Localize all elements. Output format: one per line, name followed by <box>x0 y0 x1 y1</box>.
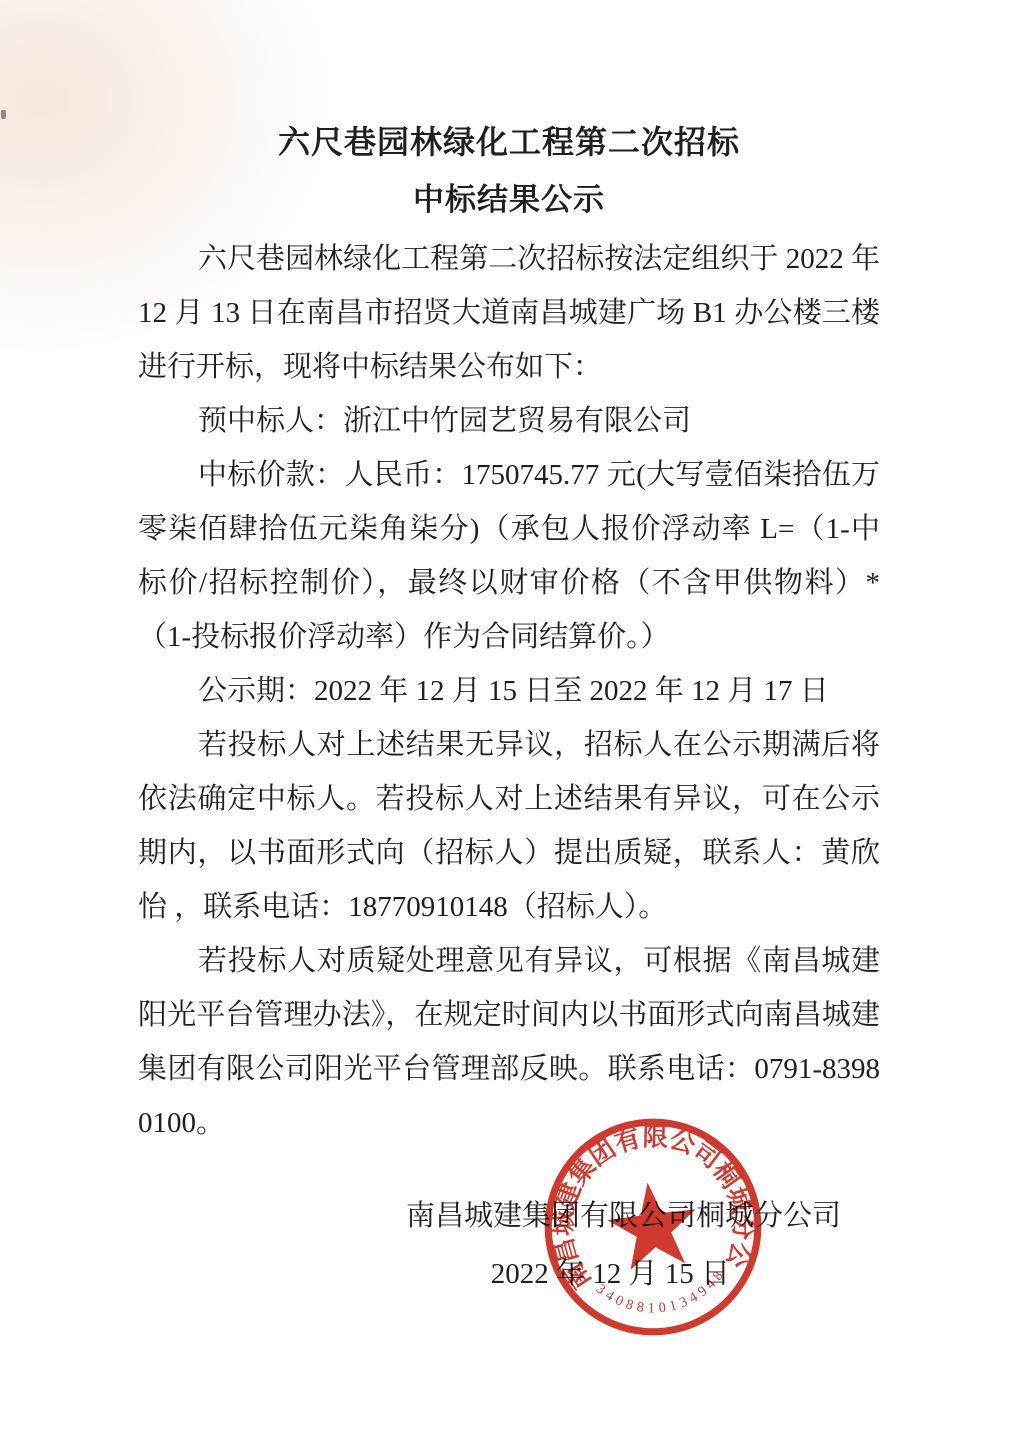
document-title-line1: 六尺巷园林绿化工程第二次招标 <box>138 124 880 160</box>
paragraph-objection: 若投标人对上述结果无异议，招标人在公示期满后将依法确定中标人。若投标人对上述结果… <box>138 718 880 934</box>
scanned-document-page: 六尺巷园林绿化工程第二次招标 中标结果公示 六尺巷园林绿化工程第二次招标按法定组… <box>0 0 1016 1432</box>
paragraph-price: 中标价款：人民币：1750745.77 元(大写壹佰柒拾伍万零柒佰肆拾伍元柒角柒… <box>138 448 880 664</box>
scan-speck <box>1 110 6 119</box>
paragraph-winner: 预中标人：浙江中竹园艺贸易有限公司 <box>138 394 880 448</box>
document-body: 六尺巷园林绿化工程第二次招标 中标结果公示 六尺巷园林绿化工程第二次招标按法定组… <box>138 124 880 1150</box>
paragraph-opening: 六尺巷园林绿化工程第二次招标按法定组织于 2022 年 12 月 13 日在南昌… <box>138 232 880 394</box>
signature-date: 2022 年 12 月 15 日 <box>491 1256 730 1292</box>
signature-company: 南昌城建集团有限公司桐城分公司 <box>406 1198 841 1234</box>
document-title-line2: 中标结果公示 <box>138 182 880 218</box>
paragraph-publicity-period: 公示期：2022 年 12 月 15 日至 2022 年 12 月 17 日 <box>138 664 880 718</box>
paragraph-appeal: 若投标人对质疑处理意见有异议，可根据《南昌城建阳光平台管理办法》，在规定时间内以… <box>138 934 880 1150</box>
